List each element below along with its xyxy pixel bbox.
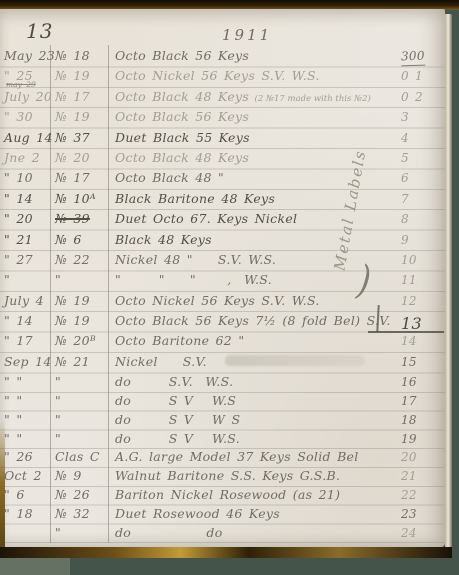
date-cell: " 27: [4, 252, 52, 268]
description-cell: A.G. large Model 37 Keys Solid Bel: [115, 449, 385, 465]
description-cell: Bariton Nickel Rosewood (as 21): [115, 487, 385, 503]
description-cell: Octo Nickel 56 Keys S.V. W.S.: [115, 68, 385, 84]
date-cell: ": [4, 272, 52, 288]
serial-cell: 10: [401, 253, 443, 269]
date-cell: " 26: [4, 449, 52, 465]
number-cell: № 10ᴬ: [55, 191, 113, 207]
ledger-row: " 30№ 19Octo Black 56 Keys3: [0, 108, 445, 128]
description-cell: Octo Black 56 Keys: [115, 48, 385, 64]
date-cell: " ": [4, 393, 52, 409]
number-cell: № 19: [55, 293, 113, 309]
number-cell: № 26: [55, 487, 113, 503]
date-cell: Aug 14: [4, 130, 52, 146]
description-cell: Octo Baritone 62 ": [115, 333, 385, 349]
number-cell: ": [55, 412, 113, 428]
ledger-row: " 18№ 32Duet Rosewood 46 Keys23: [0, 505, 445, 524]
serial-value: 300: [401, 49, 425, 66]
date-cell: " ": [4, 374, 52, 390]
ledger-row: " 14№ 10ᴬBlack Baritone 48 Keys7: [0, 190, 445, 210]
serial-cell: 5: [401, 151, 443, 167]
number-cell: № 17: [55, 89, 113, 105]
description-cell: Octo Black 56 Keys: [115, 109, 385, 125]
description-cell: Duet Black 55 Keys: [115, 130, 385, 146]
date-cell: Oct 2: [4, 468, 52, 484]
date-cell: Jne 2: [4, 150, 52, 166]
number-cell: ": [55, 272, 113, 288]
description-cell: Walnut Baritone S.S. Keys G.S.B.: [115, 468, 385, 484]
number-cell: № 22: [55, 252, 113, 268]
left-book-edge: [0, 420, 5, 547]
serial-cell: 23: [401, 507, 443, 523]
ledger-rows: May 23№ 18Octo Black 56 Keys300" 25may 2…: [0, 47, 445, 542]
date-cell: July 4: [4, 293, 52, 309]
year-heading: 1911: [222, 26, 272, 44]
serial-cell: 20: [401, 450, 443, 466]
serial-cell: 7: [401, 192, 443, 208]
ledger-row: Aug 14№ 37Duet Black 55 Keys4: [0, 129, 445, 149]
date-cell: May 23: [4, 48, 52, 64]
ledger-row: " 26Clas CA.G. large Model 37 Keys Solid…: [0, 448, 445, 467]
description-cell: do S.V. W.S.: [115, 374, 385, 390]
serial-cell: 8: [401, 212, 443, 228]
ledger-row: July 20№ 17Octo Black 48 Keys (2 №17 mad…: [0, 88, 445, 108]
description-cell: Octo Black 48 Keys: [115, 150, 385, 166]
bottom-book-edge: [0, 547, 452, 558]
number-cell: № 19: [55, 68, 113, 84]
description-cell: Octo Black 48 Keys (2 №17 made with this…: [115, 89, 385, 105]
description-cell: do S V W S: [115, 412, 385, 428]
date-cell: " 30: [4, 109, 52, 125]
number-cell: ": [55, 393, 113, 409]
ledger-row: " ""do S V W.S17: [0, 392, 445, 411]
number-cell: № 9: [55, 468, 113, 484]
serial-cell: 0 1: [401, 69, 443, 85]
description-cell: do do: [115, 525, 385, 541]
description-cell: Duet Rosewood 46 Keys: [115, 506, 385, 522]
serial-cell: 11: [401, 273, 443, 289]
number-cell: № 17: [55, 170, 113, 186]
serial-cell: 3: [401, 110, 443, 126]
ledger-row: " ""do S V W.S.19: [0, 430, 445, 449]
serial-cell: 16: [401, 375, 443, 391]
serial-cell: 14: [401, 334, 443, 350]
number-cell: № 6: [55, 232, 113, 248]
date-cell: July 20: [4, 89, 52, 105]
serial-cell: 24: [401, 526, 443, 542]
date-cell: " 20: [4, 211, 52, 227]
serial-cell: 17: [401, 394, 443, 410]
ledger-scan: 13 1911 May 23№ 18Octo Black 56 Keys300"…: [0, 0, 459, 575]
corner-shadow: [0, 558, 70, 575]
date-cell: " 25may 29: [4, 68, 52, 84]
description-cell: do S V W.S.: [115, 431, 385, 447]
erased-note-smudge: [225, 355, 365, 366]
page-stack-edge: [445, 14, 452, 548]
date-cell: " 10: [4, 170, 52, 186]
number-cell: № 21: [55, 354, 113, 370]
description-cell: Octo Nickel 56 Keys S.V. W.S.: [115, 293, 385, 309]
ledger-row: """ " " , W.S.11: [0, 271, 445, 291]
number-cell: Clas C: [55, 449, 113, 465]
date-cell: " 18: [4, 506, 52, 522]
ledger-row: " 10№ 17Octo Black 48 "6: [0, 169, 445, 189]
ledger-row: " 6№ 26Bariton Nickel Rosewood (as 21)22: [0, 486, 445, 505]
ledger-row: " 20№ 39Duet Octo 67. Keys Nickel8: [0, 210, 445, 230]
serial-cell: 19: [401, 432, 443, 448]
date-cell: " 14: [4, 191, 52, 207]
date-cell: " 21: [4, 232, 52, 248]
serial-cell: 21: [401, 469, 443, 485]
pencil-sum-line: [368, 331, 444, 333]
ledger-row: Sep 14№ 21Nickel S.V.15: [0, 353, 445, 373]
number-cell: № 20ᴮ: [55, 333, 113, 349]
serial-cell: 18: [401, 413, 443, 429]
number-cell: № 19: [55, 313, 113, 329]
serial-cell: 9: [401, 233, 443, 249]
number-cell: ": [55, 525, 113, 541]
serial-cell: 4: [401, 131, 443, 147]
description-cell: do S V W.S: [115, 393, 385, 409]
number-cell: № 18: [55, 48, 113, 64]
ledger-row: " ""do S.V. W.S.16: [0, 373, 445, 392]
number-cell: ": [55, 374, 113, 390]
ledger-row: May 23№ 18Octo Black 56 Keys300: [0, 47, 445, 67]
ledger-row: " ""do S V W S18: [0, 411, 445, 430]
date-cell: " 14: [4, 313, 52, 329]
ledger-row: " 21№ 6Black 48 Keys9: [0, 231, 445, 251]
date-cell: " 17: [4, 333, 52, 349]
description-cell: Octo Black 56 Keys 7½ (8 fold Bel) S.V.: [115, 313, 385, 329]
serial-cell: 22: [401, 488, 443, 504]
number-cell: № 32: [55, 506, 113, 522]
number-cell: № 37: [55, 130, 113, 146]
page-number: 13: [26, 19, 53, 43]
date-cell: Sep 14: [4, 354, 52, 370]
serial-cell: 12: [401, 294, 443, 310]
number-cell: № 20: [55, 150, 113, 166]
date-cell: " 6: [4, 487, 52, 503]
number-cell: ": [55, 431, 113, 447]
serial-cell: 0 2: [401, 90, 443, 106]
ledger-row: " 25may 29№ 19Octo Nickel 56 Keys S.V. W…: [0, 67, 445, 87]
serial-cell: 300: [401, 49, 443, 66]
ledger-page: 13 1911 May 23№ 18Octo Black 56 Keys300"…: [0, 9, 445, 547]
ledger-row: " 27№ 22Nickel 48 " S.V. W.S.10: [0, 251, 445, 271]
ledger-row: Oct 2№ 9Walnut Baritone S.S. Keys G.S.B.…: [0, 467, 445, 486]
date-cell: " ": [4, 431, 52, 447]
ledger-row: Jne 2№ 20Octo Black 48 Keys5: [0, 149, 445, 169]
margin-note: (2 №17 made with this №2): [249, 94, 371, 104]
date-cell: " ": [4, 412, 52, 428]
serial-cell: 15: [401, 355, 443, 371]
ledger-row: "do do24: [0, 524, 445, 543]
ledger-row: " 17№ 20ᴮOcto Baritone 62 "14: [0, 332, 445, 352]
number-cell: № 19: [55, 109, 113, 125]
number-cell: № 39: [55, 211, 113, 227]
serial-cell: 6: [401, 171, 443, 187]
